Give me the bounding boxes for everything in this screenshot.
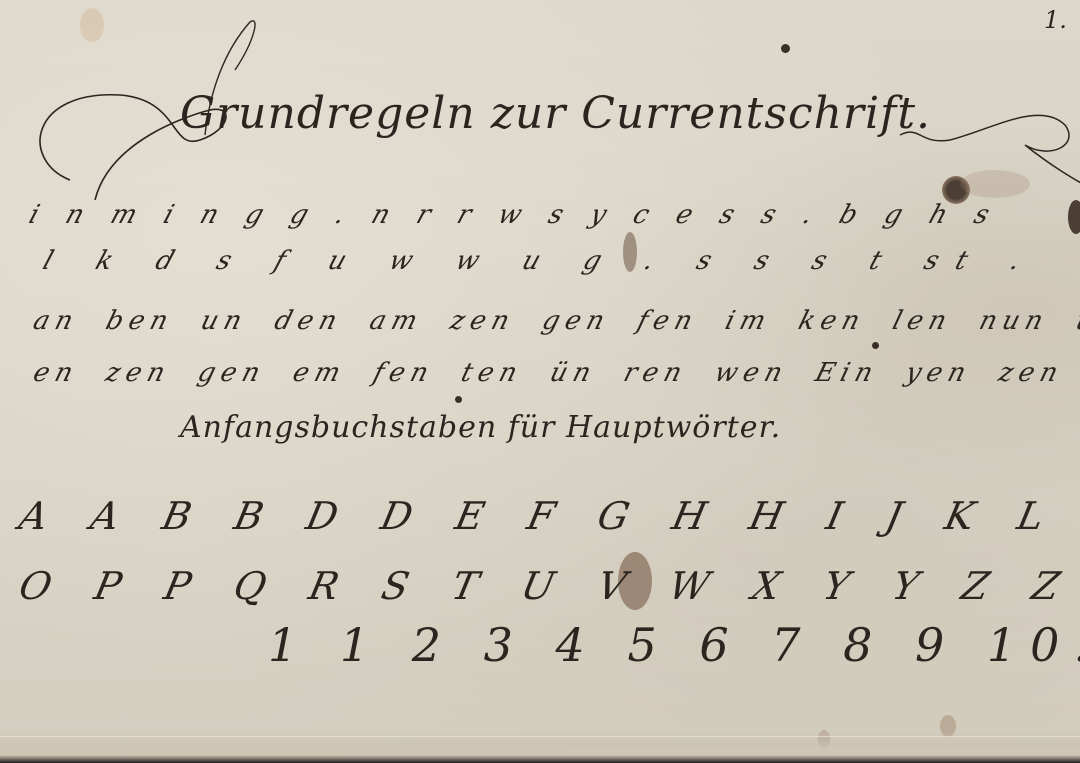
manuscript-page: 1. Grundregeln zur Currentschrift. i n m… (0, 0, 1080, 763)
page-number: 1. (1044, 6, 1067, 34)
numerals-line: 1 1 2 3 4 5 6 7 8 9 10. (268, 618, 1080, 672)
page-title: Grundregeln zur Currentschrift. (180, 88, 931, 139)
capitals-line-1: A A B B D D E F G H H I J K L M N (15, 494, 1080, 538)
foxing-stain (80, 8, 104, 42)
ink-blot (455, 396, 462, 403)
syllable-exercise-line-1: an ben un den am zen gen fen im ken len … (30, 306, 1080, 336)
lowercase-exercise-line-1: i n m i n g g . n r r w s y c e s s . b … (25, 200, 1003, 230)
syllable-exercise-line-2: en zen gen em fen ten ün ren wen Ein yen… (30, 358, 1080, 388)
ink-blot (872, 342, 879, 349)
smudge-stain (960, 170, 1030, 198)
lowercase-exercise-line-2: l k d s f u w w u g . s s s t st . (39, 246, 1042, 276)
capitals-line-2: O P P Q R S T U V W X Y Y Z Z . (15, 564, 1080, 608)
ink-blot (1068, 200, 1080, 234)
section-subtitle: Anfangsbuchstaben für Hauptwörter. (180, 410, 781, 445)
page-bottom-edge (0, 731, 1080, 763)
ink-blot (781, 44, 790, 53)
